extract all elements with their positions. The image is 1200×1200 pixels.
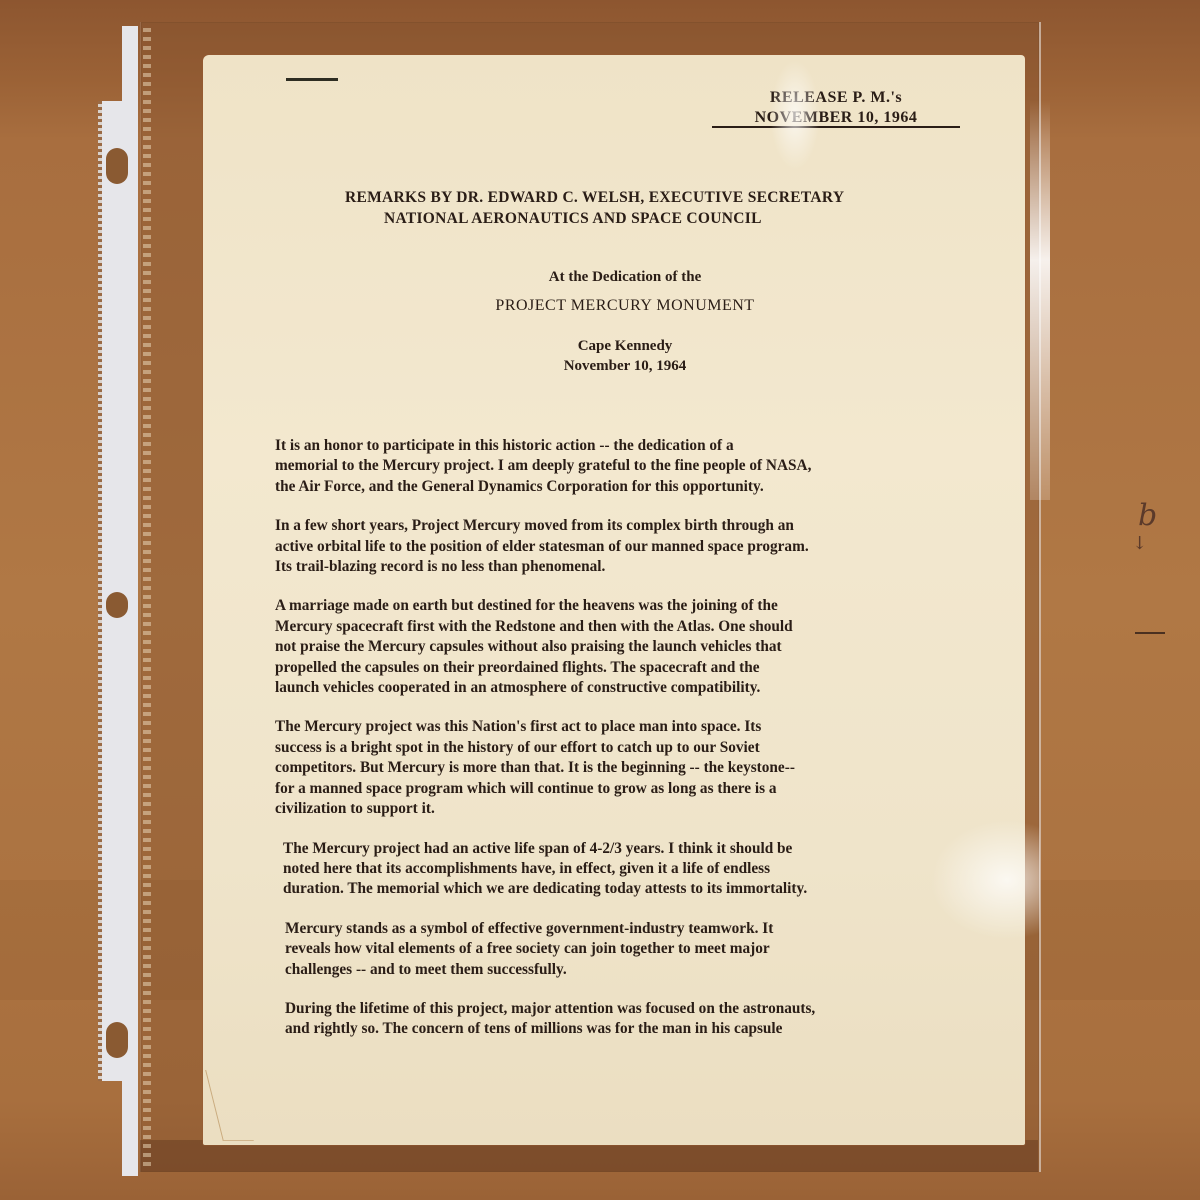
- occasion-date: November 10, 1964: [390, 356, 860, 376]
- binder-strip: [98, 26, 138, 1176]
- occasion-location: Cape Kennedy: [390, 336, 860, 356]
- heading-line-1: REMARKS BY DR. EDWARD C. WELSH, EXECUTIV…: [300, 187, 1000, 208]
- document-heading: REMARKS BY DR. EDWARD C. WELSH, EXECUTIV…: [300, 187, 1000, 229]
- binder-hole-middle: [106, 592, 128, 618]
- paragraph: A marriage made on earth but destined fo…: [275, 596, 1020, 698]
- binder-strip-bottom-tab: [122, 1076, 138, 1176]
- binder-strip-body: [98, 101, 138, 1081]
- sleeve-glare: [930, 820, 1040, 940]
- paragraph: In a few short years, Project Mercury mo…: [275, 516, 1020, 577]
- binder-strip-top-tab: [122, 26, 138, 106]
- release-line-2: NOVEMBER 10, 1964: [712, 108, 960, 128]
- handwritten-arrow-icon: ↓: [1132, 533, 1147, 554]
- heading-line-2: NATIONAL AERONAUTICS AND SPACE COUNCIL: [300, 208, 1000, 229]
- release-line-1: RELEASE P. M.'s: [712, 88, 960, 108]
- release-underline: [712, 126, 960, 128]
- speech-body: It is an honor to participate in this hi…: [275, 436, 1020, 1059]
- paragraph: The Mercury project had an active life s…: [283, 839, 1020, 900]
- binder-strip-edge: [98, 101, 102, 1081]
- sleeve-perforation: [143, 28, 151, 1168]
- handwritten-dash: [1135, 632, 1165, 634]
- occasion-place-date: Cape Kennedy November 10, 1964: [390, 336, 860, 376]
- binder-hole-bottom: [106, 1022, 128, 1058]
- handwritten-note: b: [1138, 498, 1157, 533]
- paragraph: The Mercury project was this Nation's fi…: [275, 717, 1020, 819]
- release-notice: RELEASE P. M.'s NOVEMBER 10, 1964: [712, 88, 960, 128]
- sleeve-glare: [1030, 100, 1050, 500]
- paragraph: It is an honor to participate in this hi…: [275, 436, 1020, 497]
- paragraph: During the lifetime of this project, maj…: [285, 999, 1020, 1040]
- paragraph: Mercury stands as a symbol of effective …: [285, 919, 1020, 980]
- occasion-intro: At the Dedication of the: [390, 269, 860, 286]
- sleeve-glare: [770, 60, 820, 170]
- occasion-title: PROJECT MERCURY MONUMENT: [390, 297, 860, 315]
- page-dash-mark: [286, 78, 338, 81]
- binder-hole-top: [106, 148, 128, 184]
